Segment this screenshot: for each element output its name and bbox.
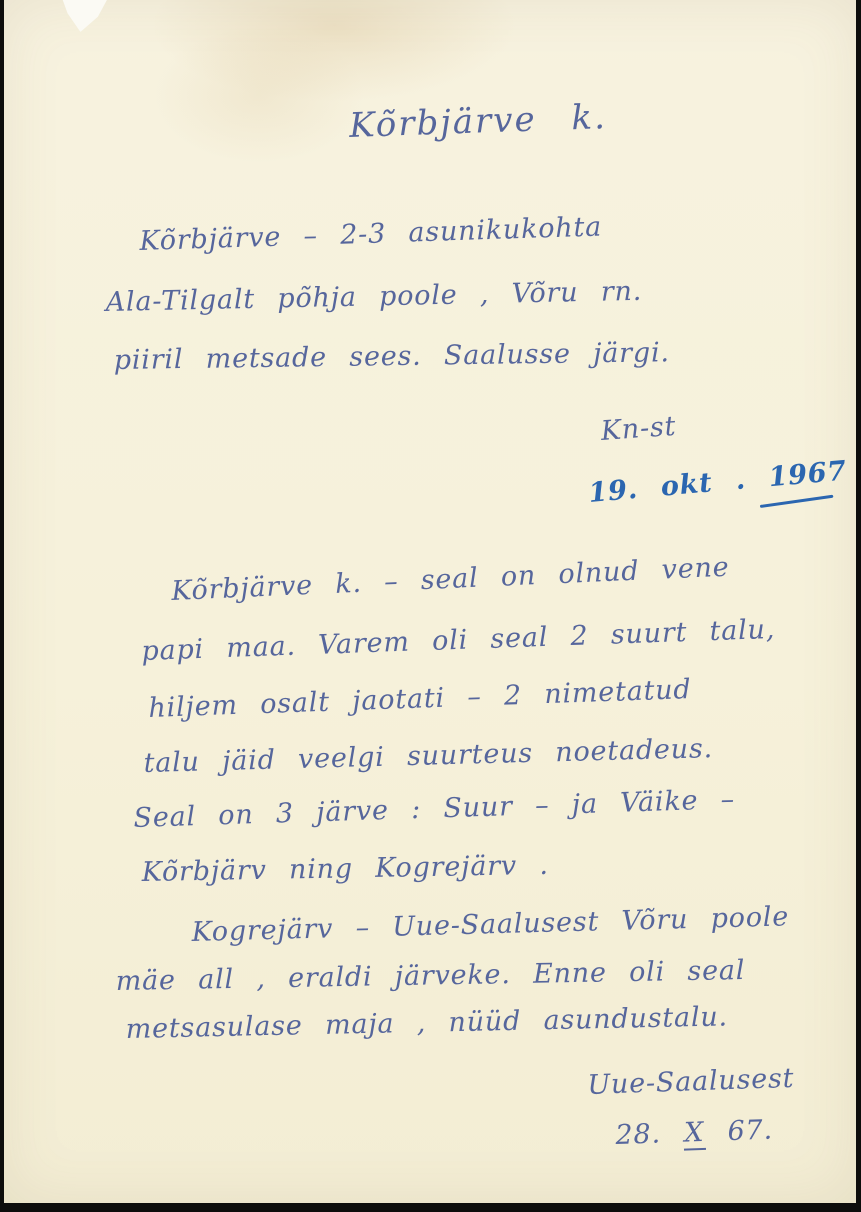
handwritten-line: mäe all , eraldi järveke. Enne oli seal [115,955,745,997]
handwritten-line: talu jäid veelgi suurteus noetadeus. [143,733,713,779]
pen-flourish [760,495,834,508]
handwritten-line: Seal on 3 järve : Suur – ja Väike – [133,784,735,834]
date-day: 28. [615,1118,661,1151]
handwritten-line: metsasulase maja , nüüd asundustalu. [125,1001,728,1045]
handwritten-line: piiril metsade sees. Saalusse järgi. [114,337,670,376]
handwritten-line: Kõrbjärve k. – seal on olnud vene [171,552,730,607]
scanned-card: Kõrbjärve k. Kõrbjärve – 2-3 asunikukoht… [0,0,861,1212]
handwritten-line: Kogrejärv – Uue-Saalusest Võru poole [191,901,789,948]
handwritten-line: Kõrbjärv ning Kogrejärv . [141,850,549,888]
handwritten-line: Kõrbjärve – 2-3 asunikukohta [139,211,602,257]
informant-attribution: Kn-st [600,411,677,447]
handwritten-line: Ala-Tilgalt põhja poole , Võru rn. [105,276,642,318]
card-title: Kõrbjärve k. [349,97,608,146]
date-year: 67. [727,1115,773,1148]
handwritten-line: papi maa. Varem oli seal 2 suurt talu, [141,614,776,667]
paper-card: Kõrbjärve k. Kõrbjärve – 2-3 asunikukoht… [4,0,856,1203]
torn-edge-notch [62,0,108,32]
handwritten-line: hiljem osalt jaotati – 2 nimetatud [148,674,692,724]
roman-month: X [683,1117,706,1151]
informant-attribution: Uue-Saalusest [587,1063,795,1101]
date-note3: 28. X 67. [615,1115,773,1151]
